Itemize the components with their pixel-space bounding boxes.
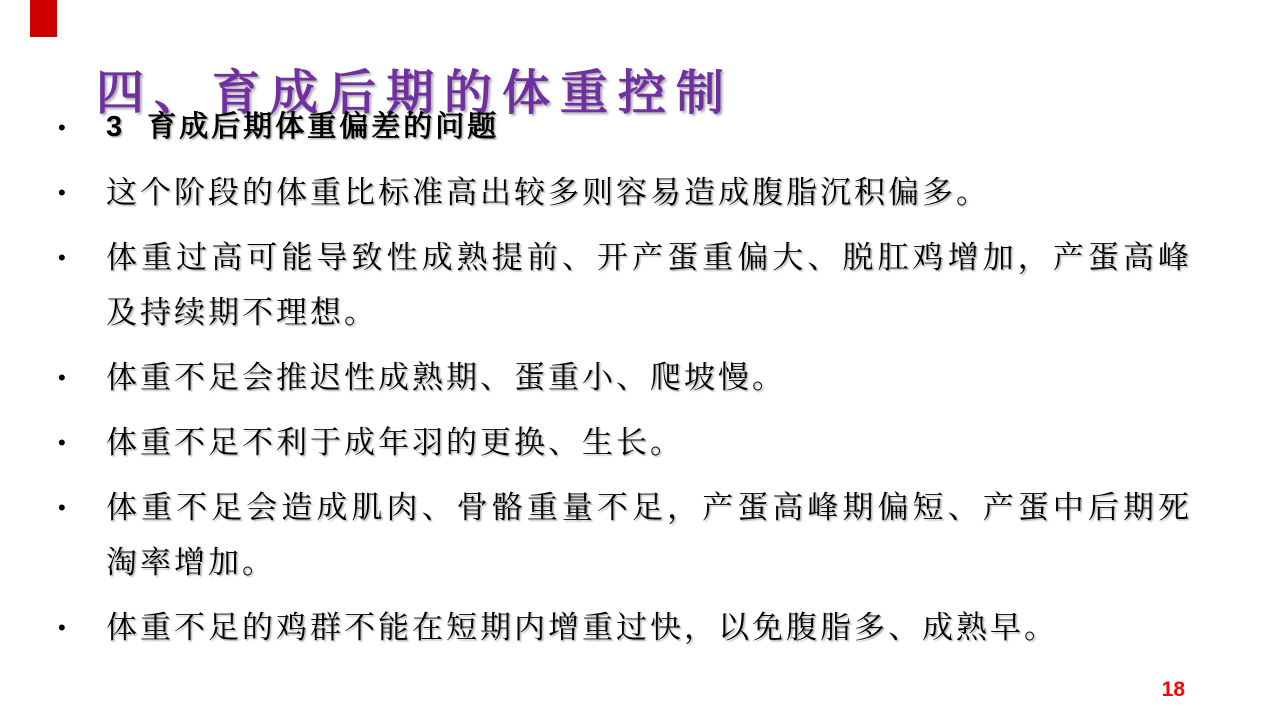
bullet-text: 体重不足会造成肌肉、骨骼重量不足，产蛋高峰期偏短、产蛋中后期死淘率增加。 (106, 480, 1192, 590)
bullet-icon: • (52, 350, 106, 405)
bullet-item: • 体重不足会推迟性成熟期、蛋重小、爬坡慢。 (52, 350, 1192, 405)
presentation-slide: 四、育成后期的体重控制 • 3 育成后期体重偏差的问题 • 这个阶段的体重比标准… (0, 0, 1280, 720)
bullet-icon: • (52, 415, 106, 470)
bullet-list: • 3 育成后期体重偏差的问题 • 这个阶段的体重比标准高出较多则容易造成腹脂沉… (52, 100, 1192, 665)
bullet-item: • 体重不足会造成肌肉、骨骼重量不足，产蛋高峰期偏短、产蛋中后期死淘率增加。 (52, 480, 1192, 590)
bullet-text: 体重不足会推迟性成熟期、蛋重小、爬坡慢。 (106, 350, 1192, 405)
bullet-item: • 这个阶段的体重比标准高出较多则容易造成腹脂沉积偏多。 (52, 165, 1192, 220)
bullet-text: 体重不足不利于成年羽的更换、生长。 (106, 415, 1192, 470)
bullet-item: • 体重不足不利于成年羽的更换、生长。 (52, 415, 1192, 470)
bullet-item: • 体重过高可能导致性成熟提前、开产蛋重偏大、脱肛鸡增加，产蛋高峰及持续期不理想… (52, 230, 1192, 340)
corner-accent-rect (30, 0, 57, 37)
bullet-item: • 3 育成后期体重偏差的问题 (52, 100, 1192, 155)
bullet-icon: • (52, 100, 106, 155)
bullet-icon: • (52, 600, 106, 655)
bullet-icon: • (52, 480, 106, 535)
bullet-text: 这个阶段的体重比标准高出较多则容易造成腹脂沉积偏多。 (106, 165, 1192, 220)
bullet-text: 体重不足的鸡群不能在短期内增重过快，以免腹脂多、成熟早。 (106, 600, 1192, 655)
page-number: 18 (1162, 678, 1185, 702)
bullet-text: 3 育成后期体重偏差的问题 (106, 100, 1192, 155)
bullet-icon: • (52, 230, 106, 285)
bullet-item: • 体重不足的鸡群不能在短期内增重过快，以免腹脂多、成熟早。 (52, 600, 1192, 655)
bullet-text: 体重过高可能导致性成熟提前、开产蛋重偏大、脱肛鸡增加，产蛋高峰及持续期不理想。 (106, 230, 1192, 340)
bullet-icon: • (52, 165, 106, 220)
